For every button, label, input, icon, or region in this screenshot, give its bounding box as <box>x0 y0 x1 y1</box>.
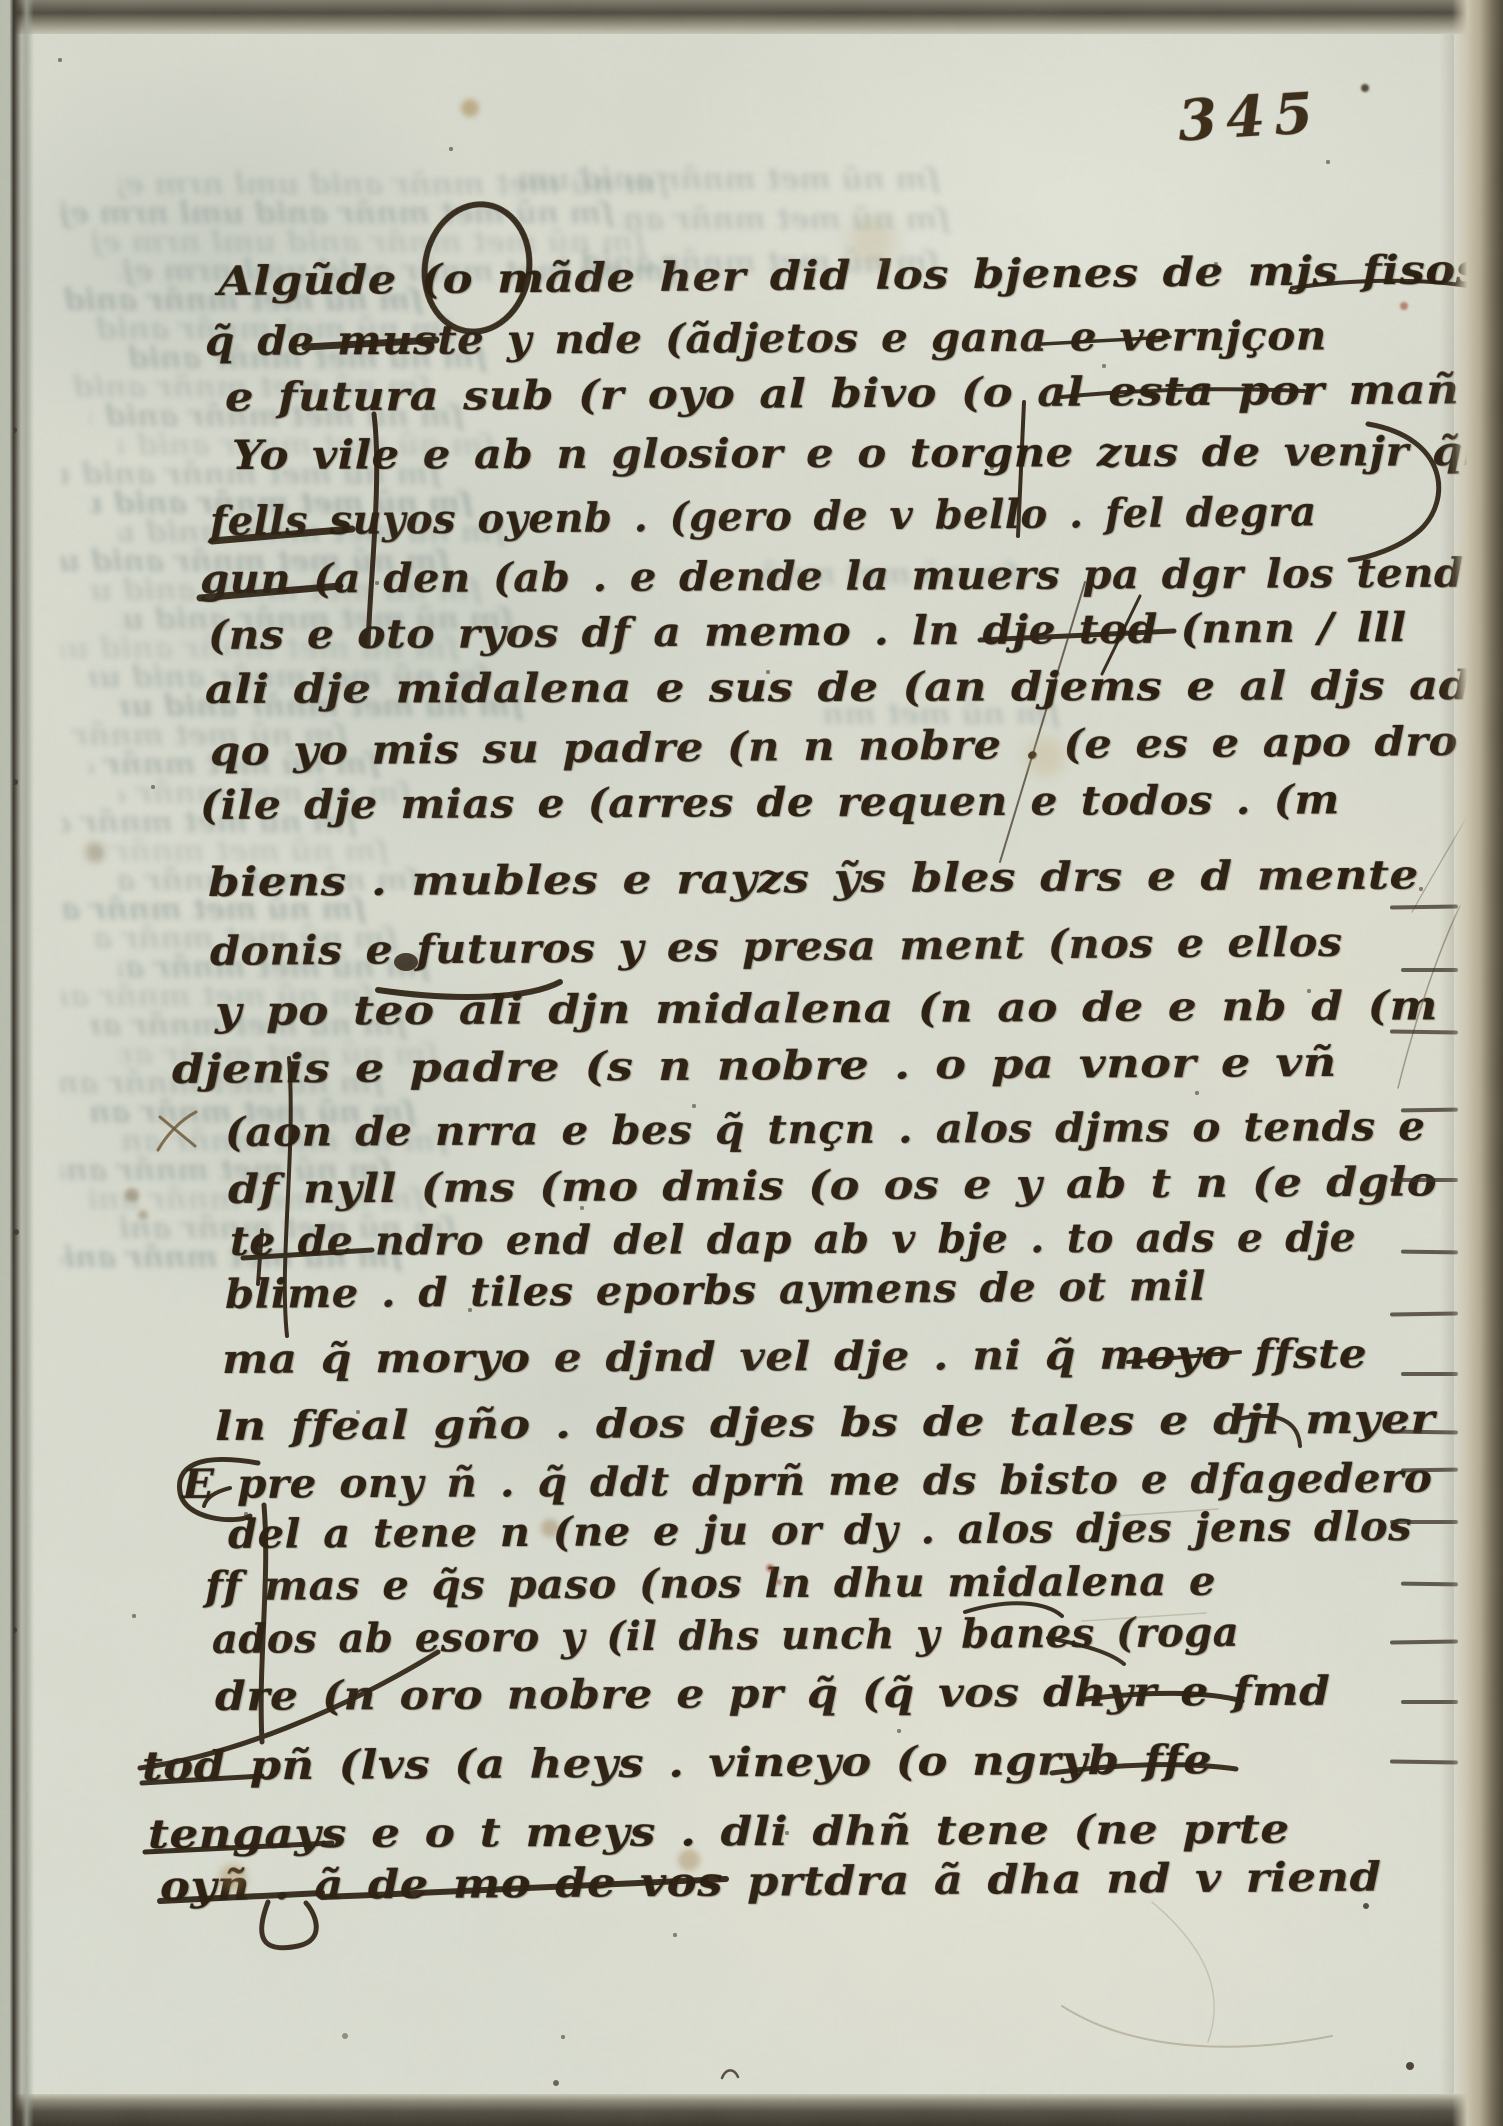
manuscript-line: ma q̃ moryo e djnd vel dje . ni q̃ moyo … <box>222 1334 1367 1380</box>
manuscript-line: tod pñ (lvs (a heys . vineyo (o ngryb ff… <box>142 1740 1213 1787</box>
manuscript-line: qo yo mis su padre (n n nobre . (e es e … <box>210 722 1458 772</box>
manuscript-line: y po teo ali djn midalena (n ao de e nb … <box>215 986 1438 1032</box>
manuscript-line: df nyll (ms (mo dmis (o os e y ab t n (e… <box>228 1162 1437 1210</box>
manuscript-line: biens . mubles e rayzs ỹs bles drs e d m… <box>208 856 1419 903</box>
paper-stain <box>1361 84 1369 92</box>
manuscript-line: te de ndro end del dap ab v bje . to ads… <box>230 1218 1356 1262</box>
book-edge-top <box>0 0 1503 34</box>
folio-number: 345 <box>1176 80 1324 155</box>
showthrough-line: ſm nũ met mnñr anid uml nrm ejn ſm nũ me… <box>90 228 646 258</box>
manuscript-line: q̃ de muste y nde (ãdjetos e gana e vern… <box>205 316 1327 362</box>
manuscript-line: del a tene n (ne e ju or dy . alos djes … <box>228 1507 1412 1555</box>
paper-stain <box>461 99 479 117</box>
showthrough-line: ſm nũ met mnñr anid uml nrm ejnſm nũ met… <box>520 165 940 195</box>
manuscript-line: E pre ony ñ . q̃ ddt dprñ me ds bisto e … <box>182 1459 1433 1505</box>
paper-stain <box>561 2035 564 2038</box>
book-edge-bottom <box>0 2094 1503 2126</box>
manuscript-line: Algũde (o mãde her did los bjenes de mjs… <box>218 250 1482 302</box>
manuscript-line: ln ffeal gño . dos djes bs de tales e dj… <box>215 1400 1435 1447</box>
fore-edge-right <box>1452 0 1503 2126</box>
showthrough-line: ſm nũ met mnñr anid uml nrm ejnſm nũ met… <box>620 205 950 235</box>
manuscript-line: donis e futuros y es presa ment (nos e e… <box>210 923 1343 972</box>
showthrough-line: ſm nũ met mnñr anid uml nrm ejn ſm nũ me… <box>119 170 669 200</box>
paper-stain <box>125 1188 139 1202</box>
paper-stain <box>151 785 154 788</box>
manuscript-line: e futura sub (r oyo al bivo (o al esta p… <box>225 370 1460 418</box>
paper-stain <box>138 1210 148 1220</box>
manuscript-line: ados ab esoro y (il dhs unch y banes (ro… <box>212 1613 1239 1660</box>
binding-gutter-edge <box>0 0 34 2126</box>
paper-stain <box>1406 2062 1414 2070</box>
manuscript-line: blime . d tiles eporbs aymens de ot mil <box>225 1267 1206 1315</box>
manuscript-line: ali dje midalena e sus de (an djems e al… <box>205 666 1471 710</box>
manuscript-line: oyñ . ã de mo de vos prtdra ã dha nd v r… <box>160 1857 1382 1907</box>
paper-stain <box>553 2080 559 2086</box>
paper-stain <box>1195 1091 1198 1094</box>
paper-stain <box>342 2033 348 2039</box>
paper-stain <box>1419 887 1422 890</box>
paper-stain <box>85 842 105 862</box>
paper-stain <box>1326 160 1329 163</box>
paper-stain <box>1400 302 1408 310</box>
manuscript-line: gun (a den (ab . e dende la muers pa dgr… <box>200 554 1464 600</box>
manuscript-line: Yo vile e ab n glosior e o torgne zus de… <box>232 432 1480 476</box>
manuscript-line: (ile dje mias e (arres de requen e todos… <box>200 780 1340 826</box>
manuscript-line: tengays e o t meys . dli dhñ tene (ne pr… <box>148 1810 1290 1855</box>
manuscript-scan: ſm nũ met mnñr anid uml nrm ejn ſm nũ me… <box>0 0 1503 2126</box>
paper-stain <box>449 147 452 150</box>
showthrough-line: ſm nũ met mnñr anid uml nrm ejn ſm nũ me… <box>61 199 614 229</box>
paper-stain <box>58 58 61 61</box>
paper-crease-arc <box>1062 2006 1332 2047</box>
manuscript-line: (aon de nrra e bes q̃ tnçn . alos djms o… <box>225 1107 1426 1153</box>
margin-cross-mark <box>158 1112 196 1150</box>
manuscript-line: ff mas e q̃s paso (nos ln dhu midalena e <box>205 1562 1216 1607</box>
paper-stain <box>1102 364 1105 367</box>
manuscript-line: dre (n oro nobre e pr q̃ (q̃ vos dhyr e … <box>215 1672 1331 1717</box>
manuscript-line: djenis e padre (s n nobre . o pa vnor e … <box>172 1043 1337 1090</box>
paper-stain <box>673 1933 676 1936</box>
manuscript-line: fells suyos oyenb . (gero de v bello . f… <box>210 492 1317 542</box>
paper-stain <box>1363 1903 1369 1909</box>
paper-stain <box>897 1729 900 1732</box>
paper-stain <box>132 1614 135 1617</box>
manuscript-line: (ns e oto ryos df a memo . ln dje tod (n… <box>208 608 1407 656</box>
